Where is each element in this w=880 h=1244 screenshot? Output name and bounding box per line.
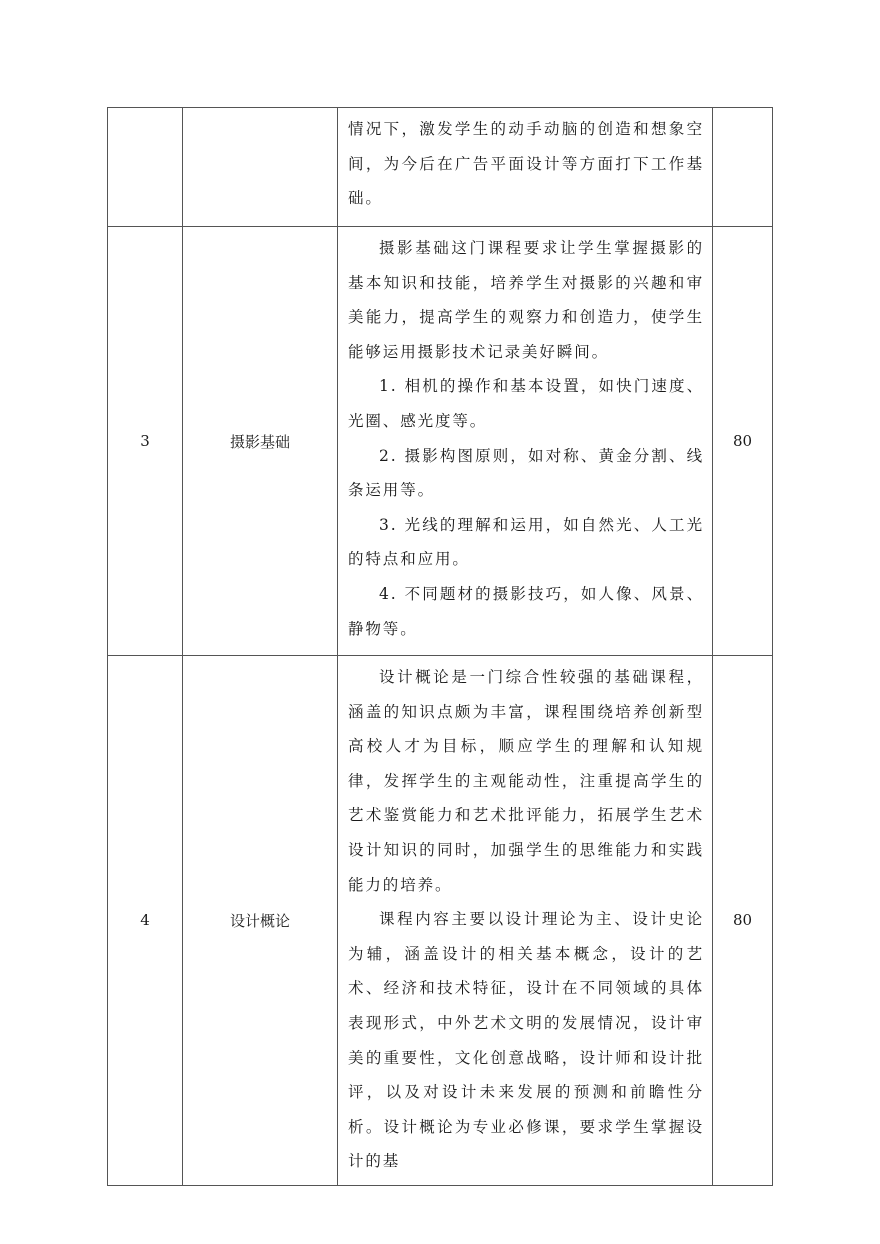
description-list-item: 2. 摄影构图原则，如对称、黄金分割、线条运用等。	[348, 439, 704, 508]
description-paragraph: 课程内容主要以设计理论为主、设计史论为辅，涵盖设计的相关基本概念，设计的艺术、经…	[348, 902, 704, 1179]
description-paragraph: 摄影基础这门课程要求让学生掌握摄影的基本知识和技能，培养学生对摄影的兴趣和审美能…	[348, 231, 704, 369]
description-paragraph: 设计概论是一门综合性较强的基础课程，涵盖的知识点颇为丰富，课程围绕培养创新型高校…	[348, 660, 704, 902]
course-table: 情况下，激发学生的动手动脑的创造和想象空间，为今后在广告平面设计等方面打下工作基…	[107, 107, 773, 1186]
course-hours-cell	[713, 108, 773, 227]
table-row: 4 设计概论 设计概论是一门综合性较强的基础课程，涵盖的知识点颇为丰富，课程围绕…	[108, 656, 773, 1186]
description-list-item: 4. 不同题材的摄影技巧，如人像、风景、静物等。	[348, 577, 704, 646]
course-hours-cell: 80	[713, 656, 773, 1186]
course-hours-cell: 80	[713, 227, 773, 656]
description-list-item: 1. 相机的操作和基本设置，如快门速度、光圈、感光度等。	[348, 369, 704, 438]
course-number-cell: 4	[108, 656, 183, 1186]
description-list-item: 3. 光线的理解和运用，如自然光、人工光的特点和应用。	[348, 508, 704, 577]
table-row: 情况下，激发学生的动手动脑的创造和想象空间，为今后在广告平面设计等方面打下工作基…	[108, 108, 773, 227]
course-number-cell: 3	[108, 227, 183, 656]
course-description-cell: 情况下，激发学生的动手动脑的创造和想象空间，为今后在广告平面设计等方面打下工作基…	[338, 108, 713, 227]
course-name-cell: 摄影基础	[183, 227, 338, 656]
course-description-cell: 摄影基础这门课程要求让学生掌握摄影的基本知识和技能，培养学生对摄影的兴趣和审美能…	[338, 227, 713, 656]
course-name-cell: 设计概论	[183, 656, 338, 1186]
course-name-cell	[183, 108, 338, 227]
description-paragraph: 情况下，激发学生的动手动脑的创造和想象空间，为今后在广告平面设计等方面打下工作基…	[348, 112, 704, 216]
table-row: 3 摄影基础 摄影基础这门课程要求让学生掌握摄影的基本知识和技能，培养学生对摄影…	[108, 227, 773, 656]
course-number-cell	[108, 108, 183, 227]
course-description-cell: 设计概论是一门综合性较强的基础课程，涵盖的知识点颇为丰富，课程围绕培养创新型高校…	[338, 656, 713, 1186]
